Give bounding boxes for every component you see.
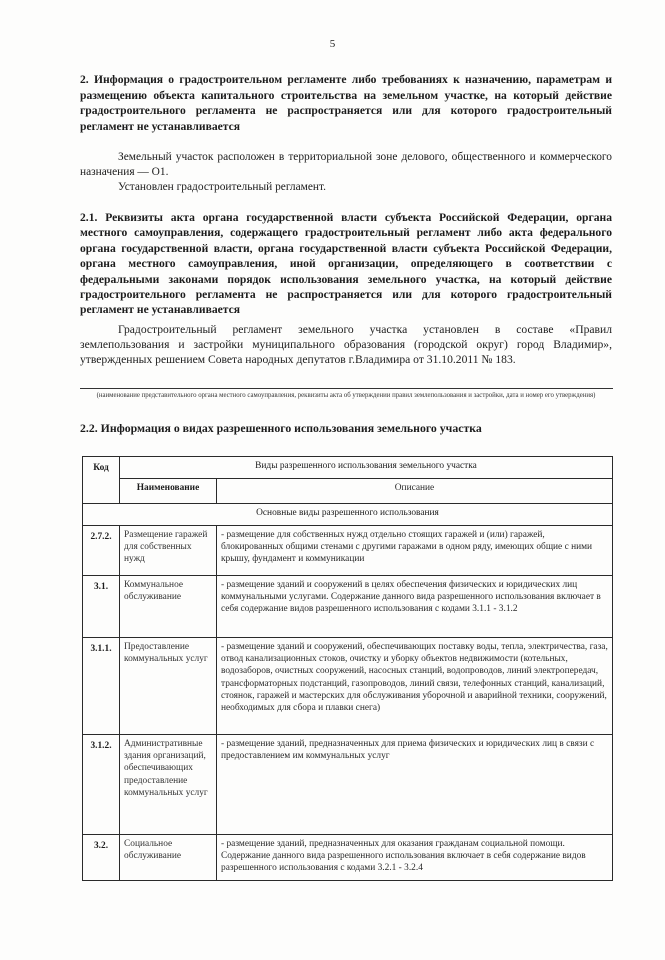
row-name: Размещение гаражей для собственных нужд [120, 526, 217, 576]
row-desc: - размещение зданий и сооружений в целях… [217, 576, 613, 638]
row-name: Социальное обслуживание [120, 835, 217, 881]
page-number: 5 [0, 38, 665, 50]
table-row: 3.2. Социальное обслуживание - размещени… [83, 835, 613, 881]
table-header-row: Код Виды разрешенного использования земе… [83, 457, 613, 479]
section-2-body: Земельный участок расположен в территори… [80, 150, 612, 195]
section-label: Основные виды разрешенного использования [83, 504, 613, 526]
table-row: 3.1.2. Административные здания организац… [83, 735, 613, 835]
rule-caption: (наименование представительного органа м… [80, 391, 612, 400]
row-code: 3.1. [83, 576, 120, 638]
header-group: Виды разрешенного использования земельно… [120, 457, 613, 479]
row-desc: - размещение зданий, предназначенных для… [217, 735, 613, 835]
zone-paragraph: Земельный участок расположен в территори… [80, 150, 612, 180]
signature-rule-line [80, 388, 613, 389]
row-code: 2.7.2. [83, 526, 120, 576]
section-2-heading: 2. Информация о градостроительном реглам… [80, 72, 612, 134]
row-desc: - размещение зданий, предназначенных для… [217, 835, 613, 881]
table-subheader-row: Наименование Описание [83, 479, 613, 504]
row-name: Коммунальное обслуживание [120, 576, 217, 638]
row-code: 3.2. [83, 835, 120, 881]
row-desc: - размещение зданий и сооружений, обеспе… [217, 638, 613, 735]
row-name: Административные здания организаций, обе… [120, 735, 217, 835]
section-2-1-text: Градостроительный регламент земельного у… [80, 322, 612, 368]
row-code: 3.1.1. [83, 638, 120, 735]
header-code: Код [83, 457, 120, 504]
table-row: 3.1.1. Предоставление коммунальных услуг… [83, 638, 613, 735]
table-row: 2.7.2. Размещение гаражей для собственны… [83, 526, 613, 576]
row-name: Предоставление коммунальных услуг [120, 638, 217, 735]
section-2-1-heading: 2.1. Реквизиты акта органа государственн… [80, 210, 612, 318]
row-desc: - размещение для собственных нужд отдель… [217, 526, 613, 576]
header-name: Наименование [120, 479, 217, 504]
regulation-established-paragraph: Установлен градостроительный регламент. [80, 180, 612, 195]
row-code: 3.1.2. [83, 735, 120, 835]
table-row: 3.1. Коммунальное обслуживание - размеще… [83, 576, 613, 638]
permitted-uses-table: Код Виды разрешенного использования земе… [82, 456, 613, 881]
document-page: 5 2. Информация о градостроительном регл… [0, 0, 665, 960]
header-desc: Описание [217, 479, 613, 504]
section-2-2-heading: 2.2. Информация о видах разрешенного исп… [80, 421, 612, 436]
table-section-row: Основные виды разрешенного использования [83, 504, 613, 526]
